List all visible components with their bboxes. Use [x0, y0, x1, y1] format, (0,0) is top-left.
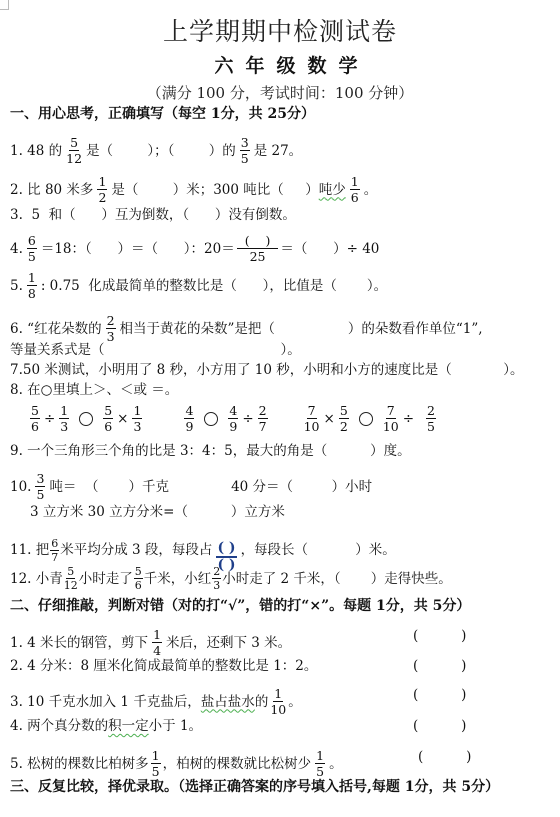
fraction: 65	[27, 234, 37, 263]
q1-12: 12. 小青 512 小时走了 56 千米，小红 23 小时走了 2 千米，（ …	[10, 566, 452, 591]
answer-blank[interactable]: ( )	[418, 749, 471, 765]
exam-title: 上学期期中检测试卷	[0, 12, 560, 48]
q2-1: 1. 4 米长的钢管，剪下 14 米后，还剩下 3 米。	[10, 628, 291, 657]
q1-6-line2: 等量关系式是（ ）。	[10, 342, 301, 358]
answer-blank[interactable]: ( )	[413, 658, 466, 674]
compare-circle[interactable]	[204, 412, 218, 426]
q1-1: 1. 48 的 512 是（ ）；（ ）的 35 是 27。	[10, 136, 302, 165]
compare-circle[interactable]	[359, 412, 373, 426]
fraction: 23	[106, 314, 116, 343]
fraction: 14	[152, 628, 162, 657]
answer-blank[interactable]: ( )	[413, 687, 466, 703]
section3-heading: 三、反复比较，择优录取。（选择正确答案的序号填入括号,每题 1分，共 5分）	[10, 779, 499, 795]
compare-circle[interactable]	[79, 412, 93, 426]
q2-4: 4. 两个真分数的 积一定 小于 1。	[10, 718, 202, 734]
q1-10: 10. 35 吨＝ （ ）千克 40 分＝（ ）小时	[10, 472, 372, 501]
q1-2: 2. 比 80 米多 12 是（ ）米；300 吨比（ ） 吨少 16 。	[10, 175, 377, 204]
fraction: 110	[270, 687, 286, 716]
q1-8: 8. 在○里填上＞、＜或 ＝。	[10, 382, 178, 398]
section1-heading: 一、用心思考，正确填写（每空 1分，共 25分）	[10, 106, 315, 122]
fraction: 512	[66, 136, 82, 165]
fraction-blank: ( )25	[237, 234, 279, 263]
fraction: 16	[350, 175, 360, 204]
section2-heading: 二、仔细推敲，判断对错（对的打“√”，错的打“×”。每题 1分，共 5分）	[10, 598, 470, 614]
answer-blank[interactable]: ( )	[413, 628, 466, 644]
fraction: 35	[240, 136, 250, 165]
exam-info: （满分 100 分，考试时间：100 分钟）	[0, 82, 560, 103]
fraction: 15	[315, 749, 325, 778]
answer-blank[interactable]: ( )	[413, 718, 466, 734]
fraction: 12	[97, 175, 107, 204]
q1-9: 9. 一个三角形三个角的比是 3：4：5，最大的角是（ ）度。	[10, 443, 411, 459]
grammar-underline: 积一定	[108, 718, 149, 734]
q1-10-line2: 3 立方米 30 立方分米=（ ）立方米	[30, 504, 285, 520]
fraction: 18	[27, 271, 37, 300]
grammar-underline: 吨少	[319, 182, 346, 198]
q2-3: 3. 10 千克水加入 1 千克盐后， 盐占盐水 的 110 。	[10, 687, 302, 716]
q2-5: 5. 松树的棵数比柏树多 15 ，柏树的棵数就比松树少 15 。	[10, 749, 343, 778]
fraction: 67	[50, 538, 59, 563]
fraction: 15	[151, 749, 161, 778]
q1-8-comparisons: 56 ÷ 13 56 × 13 49 49 ÷ 27 710 × 52 710 …	[26, 404, 440, 433]
fraction: 512	[64, 566, 78, 591]
q1-7: 7.50 米测试，小明用了 8 秒，小方用了 10 秒，小明和小方的速度比是（ …	[10, 362, 524, 378]
exam-subject: 六年级数学	[0, 51, 560, 78]
fraction: 56	[134, 566, 143, 591]
q2-2: 2. 4 分米：8 厘米化简成最简单的整数比是 1：2。	[10, 658, 317, 674]
fraction: 35	[35, 472, 45, 501]
q1-3: 3. 5 和（ ）互为倒数，（ ）没有倒数。	[10, 207, 296, 223]
q1-6: 6. “红花朵数的 23 相当于黄花的朵数”是把（ ）的朵数看作单位“1”,	[10, 314, 483, 343]
grammar-underline: 盐占盐水	[201, 694, 255, 710]
q1-5: 5. 18 : 0.75 化成最简单的整数比是（ ），比值是（ ）。	[10, 271, 387, 300]
q1-4: 4. 65 ＝18：（ ）＝（ ）：20＝ ( )25 ＝（ ）÷ 40	[10, 234, 379, 263]
page-corner-mark	[0, 0, 9, 10]
fraction: 23	[212, 566, 221, 591]
